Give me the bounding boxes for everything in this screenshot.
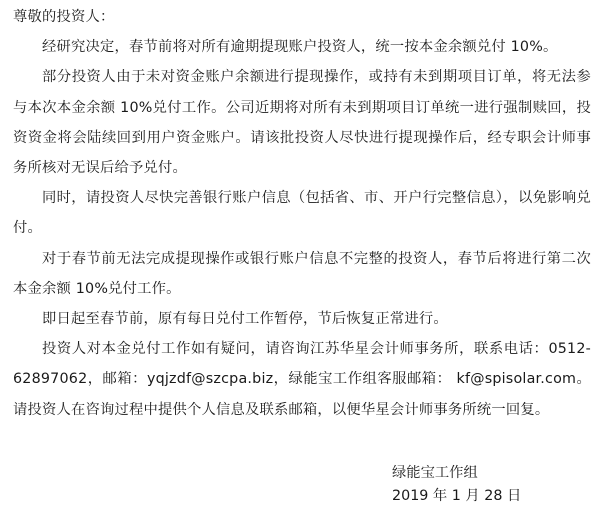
salutation: 尊敬的投资人： [13, 2, 591, 32]
paragraph-suspension: 即日起至春节前，原有每日兑付工作暂停，节后恢复正常进行。 [13, 304, 591, 334]
notice-document: 尊敬的投资人： 经研究决定，春节前将对所有逾期提现账户投资人，统一按本金余额兑付… [13, 2, 591, 425]
paragraph-decision: 经研究决定，春节前将对所有逾期提现账户投资人，统一按本金余额兑付 10%。 [13, 32, 591, 62]
paragraph-unwithdrawn-investors: 部分投资人由于未对资金账户余额进行提现操作，或持有未到期项目订单，将无法参与本次… [13, 62, 591, 183]
paragraph-second-payout: 对于春节前无法完成提现操作或银行账户信息不完整的投资人，春节后将进行第二次本金余… [13, 244, 591, 304]
signature-date: 2019 年 1 月 28 日 [392, 485, 521, 508]
signature-block: 绿能宝工作组 2019 年 1 月 28 日 [392, 462, 521, 508]
paragraph-bank-info: 同时，请投资人尽快完善银行账户信息（包括省、市、开户行完整信息），以免影响兑付。 [13, 183, 591, 243]
signature-organization: 绿能宝工作组 [392, 462, 521, 485]
paragraph-contact-info: 投资人对本金兑付工作如有疑问，请咨询江苏华星会计师事务所，联系电话：0512-6… [13, 334, 591, 425]
